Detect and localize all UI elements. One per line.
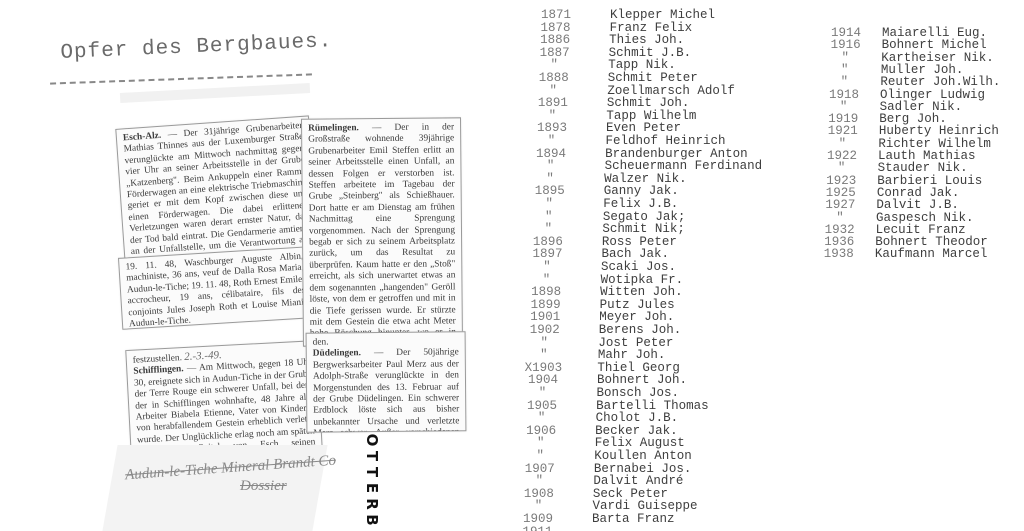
victims-list-2: 1914Maiarelli Eug.1916Bohnert Michel"Kar… bbox=[820, 26, 1024, 286]
year: 1911 bbox=[512, 525, 564, 531]
victims-list-1: 1871Klepper Michel1878Franz Felix1886Thi… bbox=[530, 8, 810, 531]
clipping-text: — Der in der Großstraße wohnende 39jähri… bbox=[308, 122, 457, 346]
vertical-logo-text: OTTERB bbox=[364, 432, 380, 528]
page-title: Opfer des Bergbaues. bbox=[60, 30, 333, 65]
victim-name: Kaufmann Marcel bbox=[875, 247, 988, 261]
clipping-audun-le-tiche: 19. 11. 48, Waschburger Auguste Albin, m… bbox=[118, 246, 314, 330]
clipping-text: 19. 11. 48, Waschburger Auguste Albin, m… bbox=[125, 252, 307, 330]
title-underline bbox=[50, 73, 312, 84]
clipping-rumelingen: Rümelingen. — Der in der Großstraße wohn… bbox=[301, 117, 463, 346]
handwritten-date: 2.-3.-49. bbox=[184, 349, 222, 363]
handwritten-note: Dossier bbox=[240, 478, 287, 495]
clipping-schifflingen: festzustellen. 2.-3.-49. Schifflingen. —… bbox=[125, 340, 322, 460]
clipping-lead: festzustellen. bbox=[133, 353, 183, 366]
victim-name: Barta Franz bbox=[592, 512, 675, 526]
paper-scrap bbox=[120, 83, 310, 103]
logo-letter: R bbox=[364, 496, 380, 512]
clipping-text: — Der 50jährige Bergwerksarbeiter Paul M… bbox=[313, 348, 460, 433]
logo-letter: O bbox=[364, 432, 380, 448]
logo-letter: B bbox=[364, 512, 380, 528]
clipping-dateline: Rümelingen. bbox=[308, 123, 359, 133]
logo-letter: T bbox=[364, 448, 380, 464]
year: 1938 bbox=[813, 247, 865, 261]
clipping-text: — Der 31jährige Grubenarbeiter Mathias T… bbox=[123, 121, 310, 269]
clipping-dudelingen: den. Düdelingen. — Der 50jährige Bergwer… bbox=[306, 331, 467, 432]
logo-letter: E bbox=[364, 480, 380, 496]
clipping-dateline: Düdelingen. bbox=[313, 349, 361, 359]
logo-letter: T bbox=[364, 464, 380, 480]
clipping-dateline: Schifflingen. bbox=[133, 364, 184, 377]
